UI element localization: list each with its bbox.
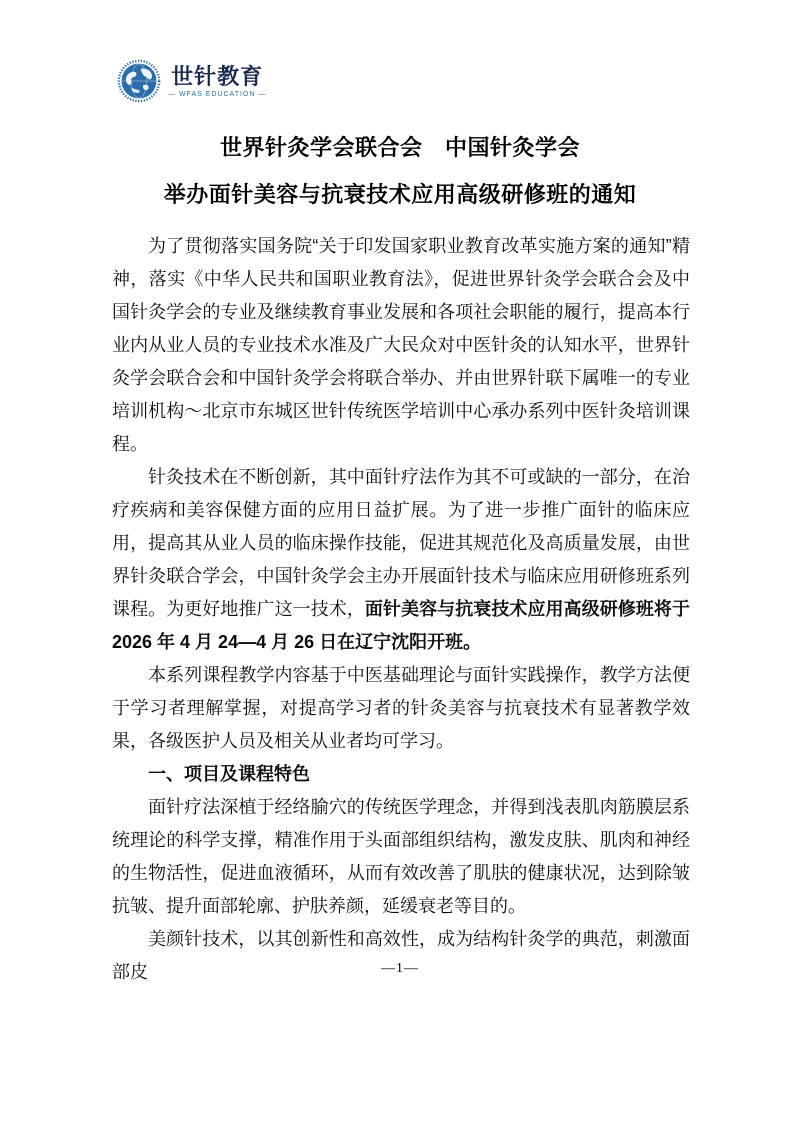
logo-text: 世针教育 — WFAS EDUCATION —: [168, 64, 266, 99]
paragraph: 面针疗法深植于经络腧穴的传统医学理念，并得到浅表肌肉筋膜层系统理论的科学支撑，精…: [112, 791, 690, 923]
paragraph: 为了贯彻落实国务院“关于印发国家职业教育改革实施方案的通知”精神，落实《中华人民…: [112, 230, 690, 461]
paragraph: 美颜针技术，以其创新性和高效性，成为结构针灸学的典范，刺激面部皮: [112, 923, 690, 989]
title-line-2: 举办面针美容与抗衰技术应用高级研修班的通知: [0, 171, 800, 218]
paragraph: 本系列课程教学内容基于中医基础理论与面针实践操作，教学方法便于学习者理解掌握，对…: [112, 659, 690, 758]
paragraph-segment: 针灸技术在不断创新，其中面针疗法作为其不可或缺的一部分，在治疗疾病和美容保健方面…: [112, 467, 690, 619]
document-page: 世针教育 — WFAS EDUCATION — 世界针灸学会联合会 中国针灸学会…: [0, 0, 800, 1132]
section-heading: 一、项目及课程特色: [112, 758, 690, 791]
paragraph-segment: 为了贯彻落实国务院“关于印发国家职业教育改革实施方案的通知”精神，落实《中华人民…: [112, 236, 690, 454]
title-line-1: 世界针灸学会联合会 中国针灸学会: [0, 124, 800, 171]
globe-icon: [117, 59, 161, 103]
logo-cn-name: 世针教育: [171, 64, 263, 90]
paragraph-bold-segment: 一、项目及课程特色: [148, 764, 310, 784]
logo: 世针教育 — WFAS EDUCATION —: [117, 59, 266, 103]
logo-en-name: — WFAS EDUCATION —: [168, 90, 266, 99]
paragraph-segment: 面针疗法深植于经络腧穴的传统医学理念，并得到浅表肌肉筋膜层系统理论的科学支撑，精…: [112, 797, 690, 916]
page-number: —1—: [0, 961, 800, 977]
doc-body: 为了贯彻落实国务院“关于印发国家职业教育改革实施方案的通知”精神，落实《中华人民…: [112, 230, 690, 989]
paragraph-segment: 本系列课程教学内容基于中医基础理论与面针实践操作，教学方法便于学习者理解掌握，对…: [112, 665, 690, 751]
paragraph: 针灸技术在不断创新，其中面针疗法作为其不可或缺的一部分，在治疗疾病和美容保健方面…: [112, 461, 690, 659]
document-title: 世界针灸学会联合会 中国针灸学会 举办面针美容与抗衰技术应用高级研修班的通知: [0, 124, 800, 218]
